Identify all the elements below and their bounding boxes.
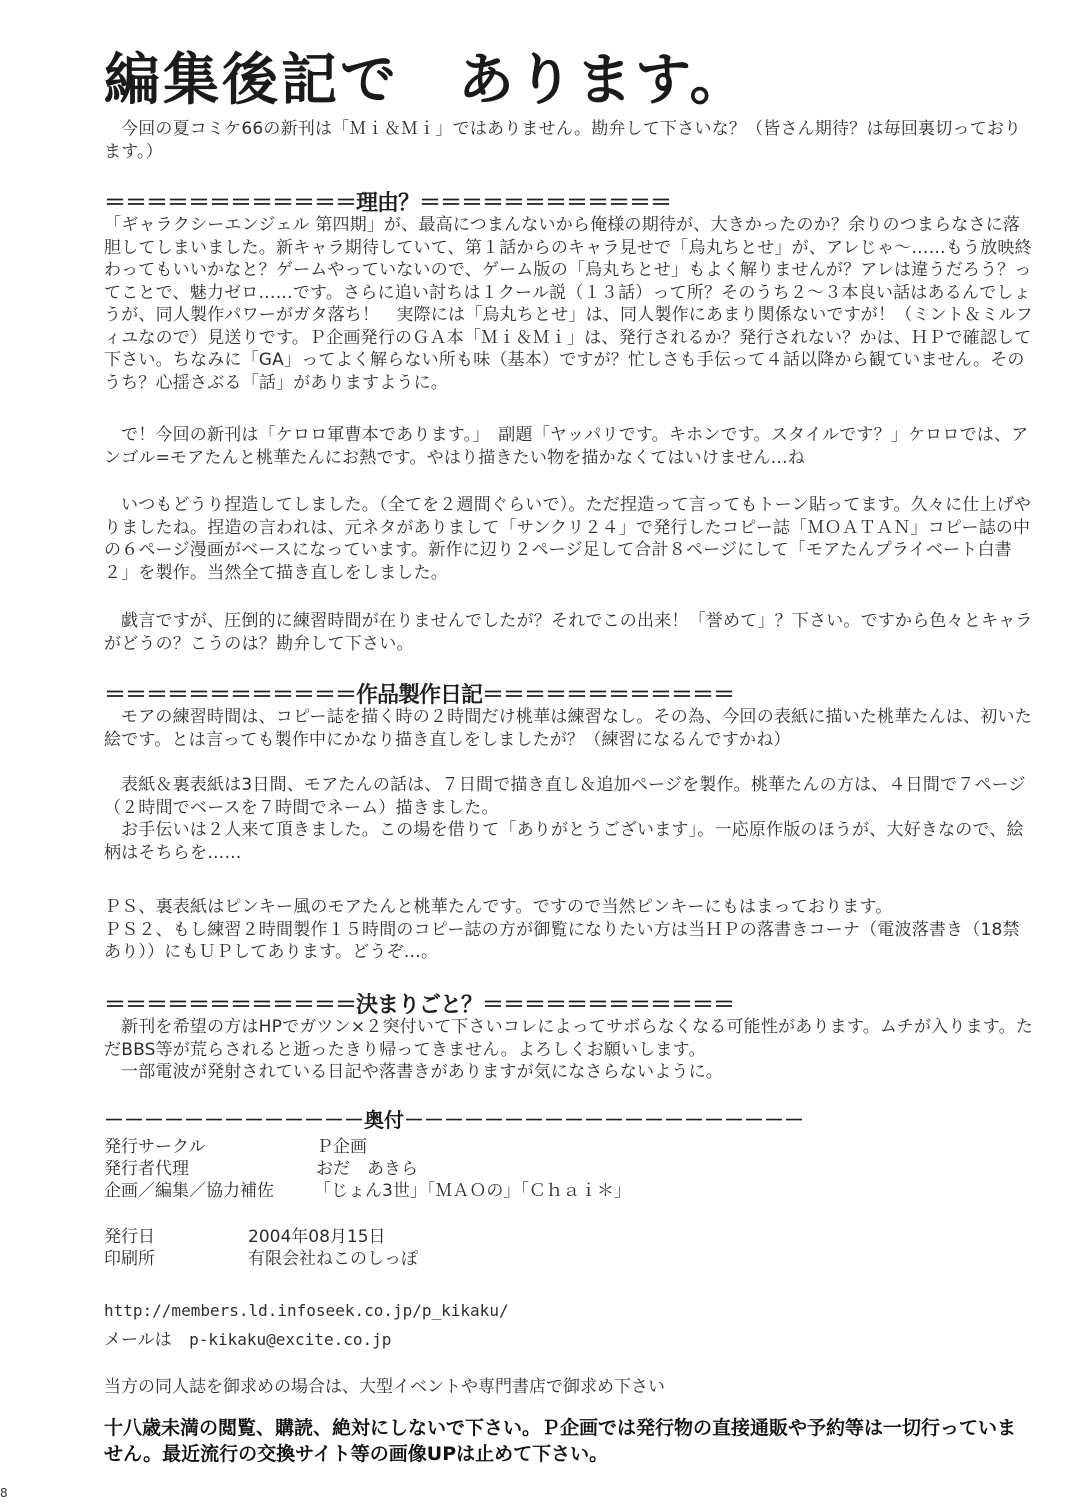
colophon-label: 発行者代理 xyxy=(104,1158,316,1180)
colophon-label: 発行日 xyxy=(104,1226,248,1248)
intro-text: 今回の夏コミケ66の新刊は「Ｍｉ＆Ｍｉ」ではありません。勘弁して下さいな？（皆さ… xyxy=(104,118,1034,163)
section-reason-body: 「ギャラクシーエンジェル 第四期」が、最高につまんないから俺様の期待が、大きかっ… xyxy=(104,214,1034,394)
mail-address[interactable]: p-kikaku@excite.co.jp xyxy=(189,1330,391,1349)
ps-block: ＰＳ、裏表紙はピンキー風のモアたんと桃華たんです。ですので当然ピンキーにもはまっ… xyxy=(104,896,1034,964)
rules-paragraph-2: 一部電波が発射されている日記や落書きがありますが気になさらないように。 xyxy=(104,1061,1034,1084)
diary-paragraph-2: 表紙＆裏表紙は3日間、モアたんの話は、７日間で描き直し＆追加ページを製作。桃華た… xyxy=(104,774,1034,819)
colophon-value: Ｐ企画 xyxy=(316,1136,367,1158)
section-diary-body-1: モアの練習時間は、コピー誌を描く時の２時間だけ桃華は練習なし。その為、今回の表紙… xyxy=(104,706,1034,751)
colophon-heading: －－－－－－－－－－－－－奥付－－－－－－－－－－－－－－－－－－－－ xyxy=(104,1104,804,1133)
reason-paragraph-1: 「ギャラクシーエンジェル 第四期」が、最高につまんないから俺様の期待が、大きかっ… xyxy=(104,214,1034,394)
colophon-label: 企画／編集／協力補佐 xyxy=(104,1180,314,1202)
fabrication-paragraph: いつもどうり捏造してしました。（全てを２週間ぐらいで）。ただ捏造って言ってもトー… xyxy=(104,494,1034,584)
colophon-row-printer: 印刷所 有限会社ねこのしっぽ xyxy=(104,1248,418,1270)
page-number: 8 xyxy=(0,1486,8,1500)
purchase-note: 当方の同人誌を御求めの場合は、大型イベントや専門書店で御求め下さい xyxy=(104,1376,665,1398)
colophon-label: 印刷所 xyxy=(104,1248,248,1270)
afterword-page: 編集後記で あります。 今回の夏コミケ66の新刊は「Ｍｉ＆Ｍｉ」ではありません。… xyxy=(0,0,1066,1504)
colophon-row-circle: 発行サークル Ｐ企画 xyxy=(104,1136,631,1158)
colophon-value: 「じょん3世」「ＭＡＯの」「Ｃｈａｉ＊」 xyxy=(314,1180,631,1202)
section-heading-reason: ＝＝＝＝＝＝＝＝＝＝＝＝理由？＝＝＝＝＝＝＝＝＝＝＝＝ xyxy=(104,186,671,217)
page-title: 編集後記で あります。 xyxy=(104,36,749,116)
colophon-row-date: 発行日 2004年08月15日 xyxy=(104,1226,418,1248)
colophon-credits: 発行サークル Ｐ企画 発行者代理 おだ あきら 企画／編集／協力補佐 「じょん3… xyxy=(104,1136,631,1202)
colophon-value: おだ あきら xyxy=(316,1158,418,1180)
new-book-paragraph: で！今回の新刊は「ケロロ軍曹本であります。」 副題「ヤッパリです。キホンです。ス… xyxy=(104,424,1034,469)
section-heading-diary: ＝＝＝＝＝＝＝＝＝＝＝＝作品製作日記＝＝＝＝＝＝＝＝＝＝＝＝ xyxy=(104,678,734,709)
mail-label: メールは xyxy=(104,1330,172,1350)
colophon-row-publisher: 発行者代理 おだ あきら xyxy=(104,1158,631,1180)
ps-2: ＰＳ２、もし練習２時間製作１５時間のコピー誌の方が御覧になりたい方は当ＨＰの落書… xyxy=(104,919,1034,964)
section-heading-rules: ＝＝＝＝＝＝＝＝＝＝＝＝決まりごと？＝＝＝＝＝＝＝＝＝＝＝＝ xyxy=(104,988,734,1019)
reason-paragraph-4: 戯言ですが、圧倒的に練習時間が在りませんでしたが？それでこの出来！「誉めて」？下… xyxy=(104,610,1034,655)
rules-paragraph-1: 新刊を希望の方はHPでガツン×２突付いて下さいコレによってサボらなくなる可能性が… xyxy=(104,1016,1034,1061)
colophon-row-staff: 企画／編集／協力補佐 「じょん3世」「ＭＡＯの」「Ｃｈａｉ＊」 xyxy=(104,1180,631,1202)
colophon-publication: 発行日 2004年08月15日 印刷所 有限会社ねこのしっぽ xyxy=(104,1226,418,1270)
joke-paragraph: 戯言ですが、圧倒的に練習時間が在りませんでしたが？それでこの出来！「誉めて」？下… xyxy=(104,610,1034,655)
colophon-value: 有限会社ねこのしっぽ xyxy=(248,1248,418,1270)
reason-paragraph-2: で！今回の新刊は「ケロロ軍曹本であります。」 副題「ヤッパリです。キホンです。ス… xyxy=(104,424,1034,469)
intro-paragraph: 今回の夏コミケ66の新刊は「Ｍｉ＆Ｍｉ」ではありません。勘弁して下さいな？（皆さ… xyxy=(104,118,1034,163)
diary-paragraph-1: モアの練習時間は、コピー誌を描く時の２時間だけ桃華は練習なし。その為、今回の表紙… xyxy=(104,706,1034,751)
colophon-value: 2004年08月15日 xyxy=(248,1226,386,1248)
age-restriction-notice: 十八歳未満の閲覧、購読、絶対にしないで下さい。Ｐ企画では発行物の直接通販や予約等… xyxy=(104,1415,1034,1467)
mail-line: メールは p-kikaku@excite.co.jp xyxy=(104,1329,391,1351)
section-rules-body: 新刊を希望の方はHPでガツン×２突付いて下さいコレによってサボらなくなる可能性が… xyxy=(104,1016,1034,1084)
reason-paragraph-3: いつもどうり捏造してしました。（全てを２週間ぐらいで）。ただ捏造って言ってもトー… xyxy=(104,494,1034,584)
diary-paragraph-3: お手伝いは２人来て頂きました。この場を借りて「ありがとうございます」。一応原作版… xyxy=(104,819,1034,864)
ps-1: ＰＳ、裏表紙はピンキー風のモアたんと桃華たんです。ですので当然ピンキーにもはまっ… xyxy=(104,896,1034,919)
website-url[interactable]: http://members.ld.infoseek.co.jp/p_kikak… xyxy=(104,1300,509,1322)
section-diary-body-2: 表紙＆裏表紙は3日間、モアたんの話は、７日間で描き直し＆追加ページを製作。桃華た… xyxy=(104,774,1034,864)
colophon-label: 発行サークル xyxy=(104,1136,316,1158)
